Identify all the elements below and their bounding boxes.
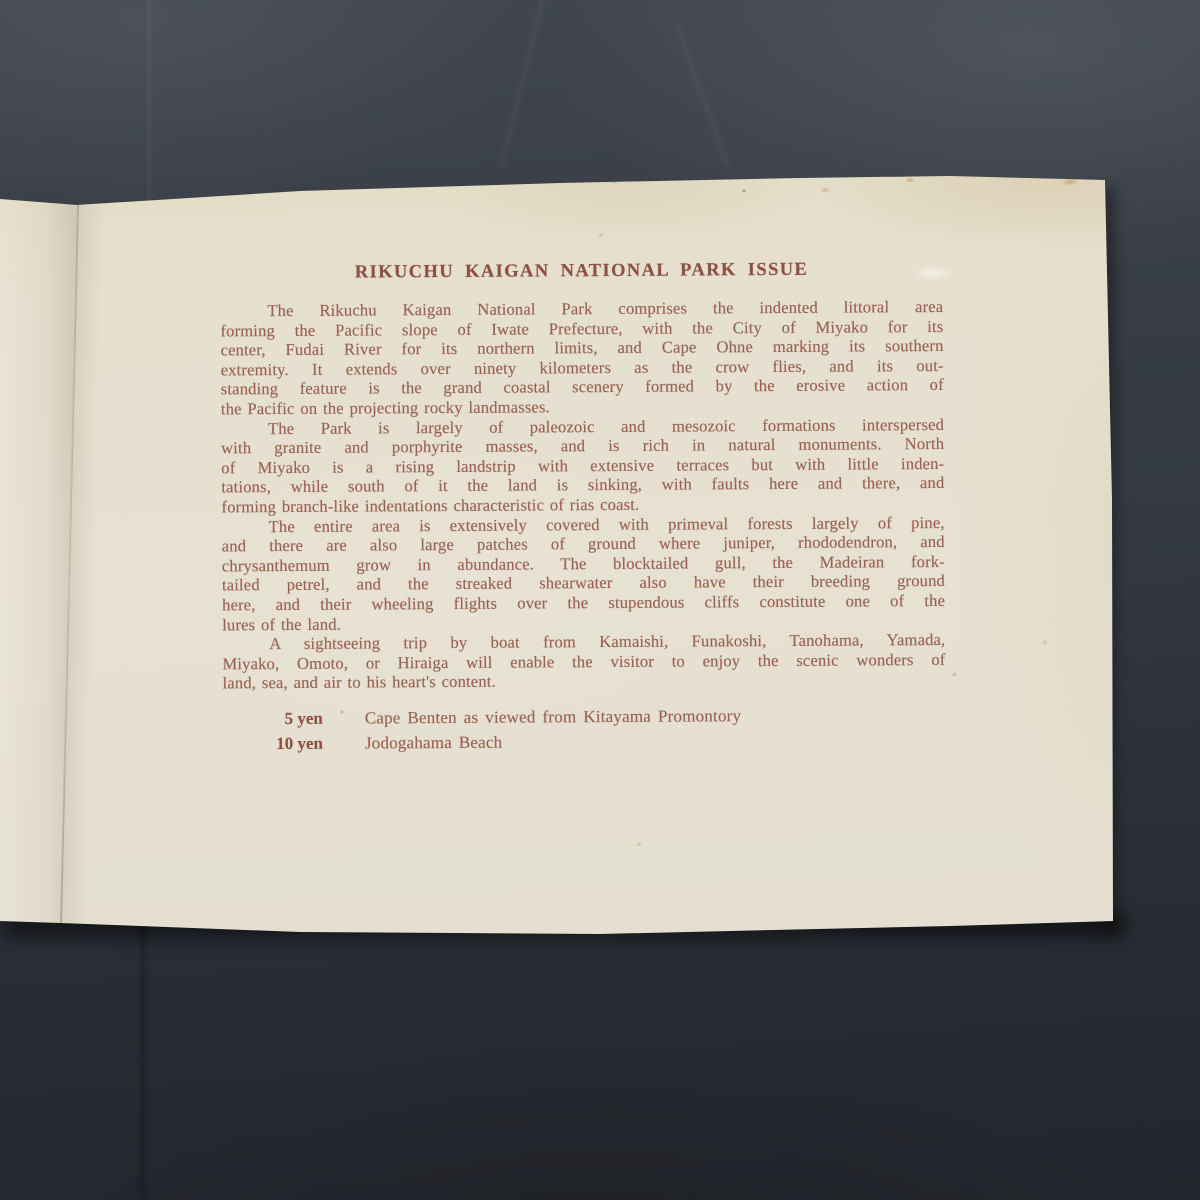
foxing-spot <box>1062 178 1078 186</box>
body-line: land, sea, and air to his heart's conten… <box>223 669 946 693</box>
backdrop-scuff <box>498 0 546 168</box>
foxing-spot <box>820 187 831 193</box>
printed-text-block: RIKUCHU KAIGAN NATIONAL PARK ISSUE The R… <box>220 258 946 756</box>
foxing-spot <box>598 233 603 237</box>
paragraph-1: The Rikuchu Kaigan National Park compris… <box>220 297 944 419</box>
foxing-spot <box>905 177 915 183</box>
stamp-description: Cape Benten as viewed from Kitayama Prom… <box>365 703 742 730</box>
paragraph-4: A sightseeing trip by boat from Kamaishi… <box>222 630 945 693</box>
backdrop-scuff <box>674 24 729 166</box>
photo-backdrop: RIKUCHU KAIGAN NATIONAL PARK ISSUE The R… <box>0 0 1200 1200</box>
foxing-spot <box>742 189 746 193</box>
foxing-spot <box>610 178 619 184</box>
backdrop-crease-bottom <box>141 922 145 1200</box>
foxing-spot <box>636 842 642 847</box>
backdrop-crease-top <box>148 0 151 210</box>
stamp-list: 5 yen Cape Benten as viewed from Kitayam… <box>223 702 946 756</box>
stamp-description: Jodogahama Beach <box>365 730 503 756</box>
paper-sheet: RIKUCHU KAIGAN NATIONAL PARK ISSUE The R… <box>0 170 1120 940</box>
stamp-value: 5 yen <box>223 706 323 732</box>
paragraph-2: The Park is largely of paleozoic and mes… <box>221 415 945 517</box>
stamp-value: 10 yen <box>223 731 323 757</box>
stamp-row-10yen: 10 yen Jodogahama Beach <box>223 727 946 756</box>
foxing-spot <box>1042 640 1048 645</box>
paragraph-3: The entire area is extensively covered w… <box>222 512 946 634</box>
foxing-spot <box>952 672 957 677</box>
document-title: RIKUCHU KAIGAN NATIONAL PARK ISSUE <box>220 258 943 284</box>
